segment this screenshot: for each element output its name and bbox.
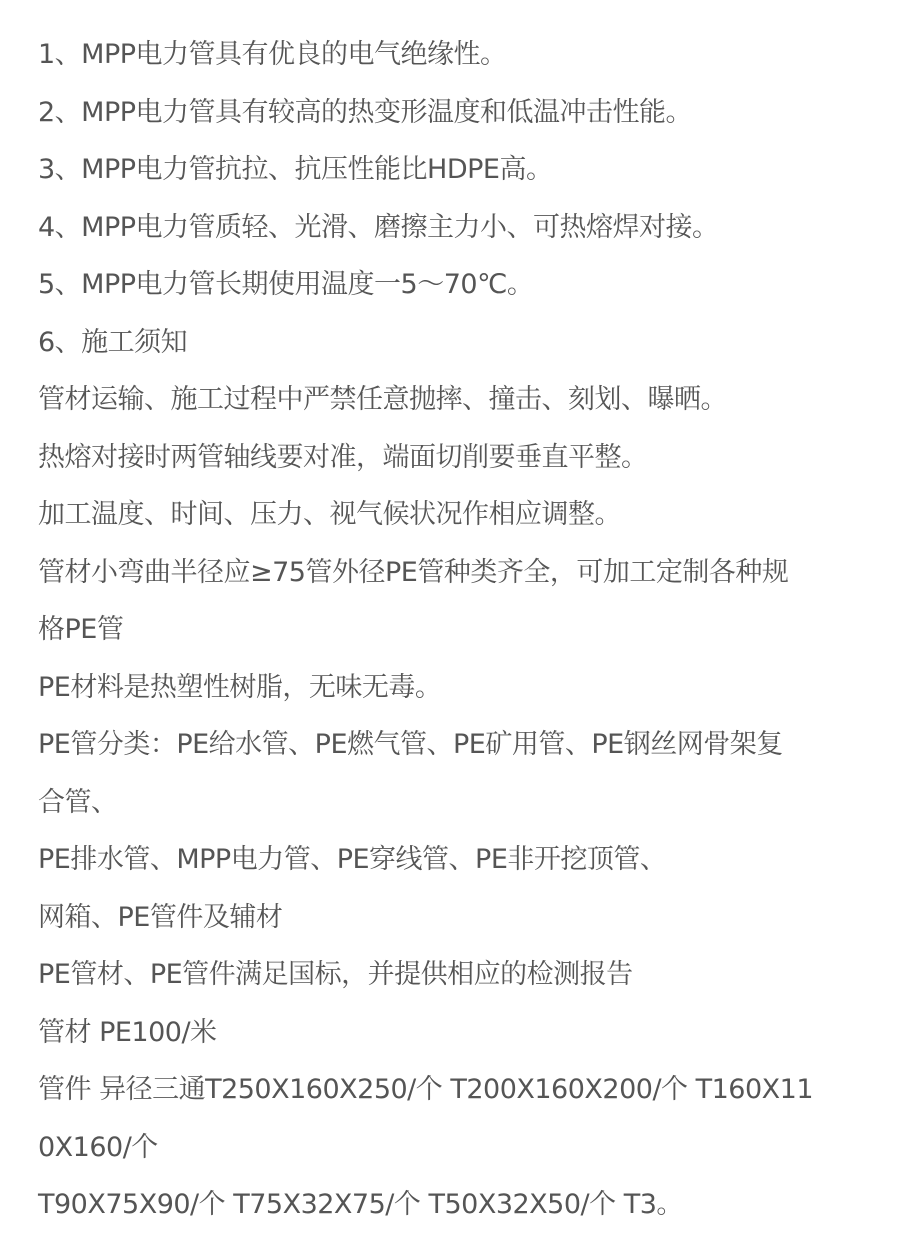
text-line-feature-3: 3、MPP电力管抗拉、抗压性能比HDPE高。 bbox=[38, 141, 858, 199]
text-line-feature-5: 5、MPP电力管长期使用温度一5～70℃。 bbox=[38, 256, 858, 314]
text-line-feature-2: 2、MPP电力管具有较高的热变形温度和低温冲击性能。 bbox=[38, 84, 858, 142]
text-line-bend-radius: 管材小弯曲半径应≥75管外径PE管种类齐全，可加工定制各种规 bbox=[38, 544, 858, 602]
text-line-pipe-spec: 管材 PE100/米 bbox=[38, 1004, 858, 1062]
document-body: 1、MPP电力管具有优良的电气绝缘性。 2、MPP电力管具有较高的热变形温度和低… bbox=[38, 26, 858, 1234]
text-line-fittings: 管件 异径三通T250X160X250/个 T200X160X200/个 T16… bbox=[38, 1061, 858, 1119]
text-line-feature-1: 1、MPP电力管具有优良的电气绝缘性。 bbox=[38, 26, 858, 84]
text-line-fittings-2: T90X75X90/个 T75X32X75/个 T50X32X50/个 T3。 bbox=[38, 1176, 858, 1234]
text-line-transport-note: 管材运输、施工过程中严禁任意抛摔、撞击、刻划、曝晒。 bbox=[38, 371, 858, 429]
text-line-categories: PE管分类：PE给水管、PE燃气管、PE矿用管、PE钢丝网骨架复 bbox=[38, 716, 858, 774]
text-line-categories-cont: 合管、 bbox=[38, 774, 858, 832]
text-line-categories-3: 网箱、PE管件及辅材 bbox=[38, 889, 858, 947]
text-line-construction-heading: 6、施工须知 bbox=[38, 314, 858, 372]
text-line-welding-note: 热熔对接时两管轴线要对准，端面切削要垂直平整。 bbox=[38, 429, 858, 487]
text-line-categories-2: PE排水管、MPP电力管、PE穿线管、PE非开挖顶管、 bbox=[38, 831, 858, 889]
text-line-feature-4: 4、MPP电力管质轻、光滑、磨擦主力小、可热熔焊对接。 bbox=[38, 199, 858, 257]
text-line-processing-note: 加工温度、时间、压力、视气候状况作相应调整。 bbox=[38, 486, 858, 544]
text-line-standards: PE管材、PE管件满足国标，并提供相应的检测报告 bbox=[38, 946, 858, 1004]
text-line-fittings-cont: 0X160/个 bbox=[38, 1119, 858, 1177]
text-line-material: PE材料是热塑性树脂，无味无毒。 bbox=[38, 659, 858, 717]
text-line-bend-radius-cont: 格PE管 bbox=[38, 601, 858, 659]
